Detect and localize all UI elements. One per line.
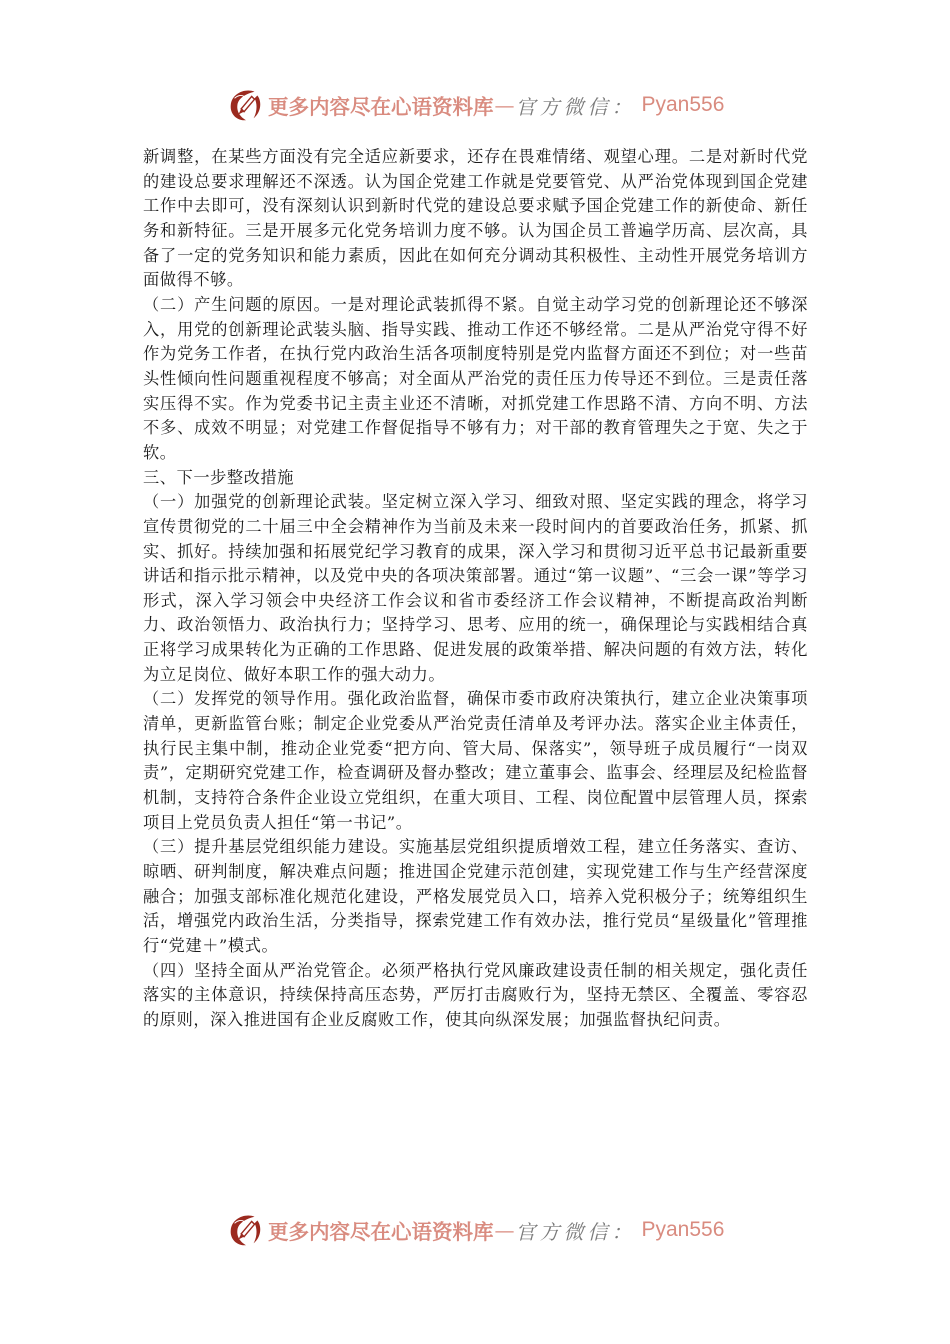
banner-dash: — [495, 93, 515, 117]
pen-logo-icon [226, 86, 264, 124]
banner-dash: — [495, 1218, 515, 1242]
header-banner: 更多内容尽在心语资料库 — 官方微信： Pyan556 [226, 85, 724, 125]
banner-main-text: 更多内容尽在心语资料库 [268, 90, 494, 120]
paragraph-measure-1: （一）加强党的创新理论武装。坚定树立深入学习、细致对照、坚定实践的理念，将学习宣… [143, 490, 808, 687]
paragraph-measure-2: （二）发挥党的领导作用。强化政治监督，确保市委市政府决策执行，建立企业决策事项清… [143, 687, 808, 835]
section-heading-next-steps: 三、下一步整改措施 [143, 466, 808, 491]
banner-wechat-label: 官方微信： [516, 91, 636, 120]
footer-banner: 更多内容尽在心语资料库 — 官方微信： Pyan556 [226, 1210, 724, 1250]
banner-wechat-id: Pyan556 [642, 93, 725, 117]
paragraph-measure-4: （四）坚持全面从严治党管企。必须严格执行党风廉政建设责任制的相关规定，强化责任落… [143, 959, 808, 1033]
paragraph-causes: （二）产生问题的原因。一是对理论武装抓得不紧。自觉主动学习党的创新理论还不够深入… [143, 293, 808, 466]
pen-logo-icon [226, 1211, 264, 1249]
paragraph-measure-3: （三）提升基层党组织能力建设。实施基层党组织提质增效工程，建立任务落实、查访、晾… [143, 835, 808, 958]
paragraph-problem-continuation: 新调整，在某些方面没有完全适应新要求，还存在畏难情绪、观望心理。二是对新时代党的… [143, 145, 808, 293]
banner-main-text: 更多内容尽在心语资料库 [268, 1215, 494, 1245]
banner-wechat-id: Pyan556 [642, 1218, 725, 1242]
document-body: 新调整，在某些方面没有完全适应新要求，还存在畏难情绪、观望心理。二是对新时代党的… [143, 145, 808, 1033]
banner-wechat-label: 官方微信： [516, 1216, 636, 1245]
